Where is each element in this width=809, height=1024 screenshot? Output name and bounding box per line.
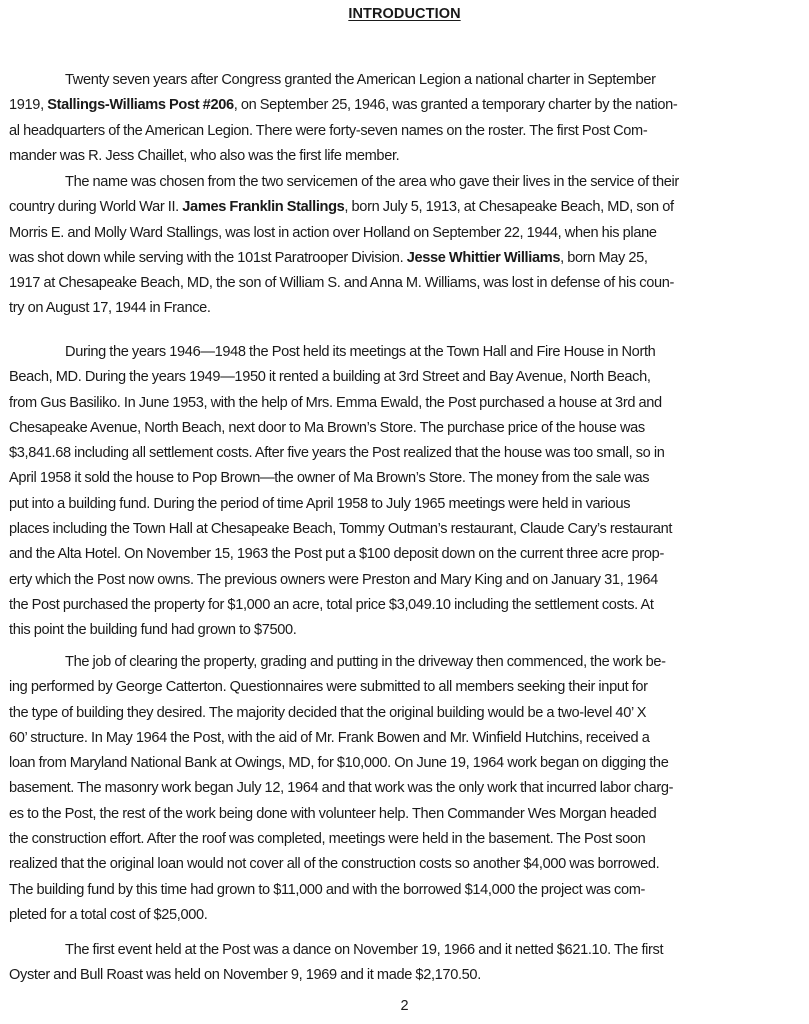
- paragraph-line: $3,841.68 including all settlement costs…: [9, 441, 799, 466]
- paragraph-first-events: The first event held at the Post was a d…: [9, 938, 799, 989]
- page-number: 2: [0, 998, 809, 1014]
- paragraph-line: erty which the Post now owns. The previo…: [9, 568, 799, 593]
- paragraph-line: 1917 at Chesapeake Beach, MD, the son of…: [9, 271, 799, 296]
- paragraph-line: The building fund by this time had grown…: [9, 878, 799, 903]
- paragraph-line: loan from Maryland National Bank at Owin…: [9, 751, 799, 776]
- paragraph-line: places including the Town Hall at Chesap…: [9, 517, 799, 542]
- document-page: INTRODUCTION Twenty seven years after Co…: [0, 0, 809, 1024]
- serviceman-name-bold: Jesse Whittier Williams: [407, 250, 560, 266]
- paragraph-charter: Twenty seven years after Congress grante…: [9, 68, 799, 169]
- paragraph-line: put into a building fund. During the per…: [9, 492, 799, 517]
- paragraph-line: Twenty seven years after Congress grante…: [9, 68, 799, 93]
- paragraph-construction: The job of clearing the property, gradin…: [9, 650, 799, 928]
- paragraph-line: realized that the original loan would no…: [9, 852, 799, 877]
- paragraph-line: The job of clearing the property, gradin…: [9, 650, 799, 675]
- paragraph-line: During the years 1946—1948 the Post held…: [9, 340, 799, 365]
- paragraph-line: es to the Post, the rest of the work bei…: [9, 802, 799, 827]
- paragraph-line: Beach, MD. During the years 1949—1950 it…: [9, 365, 799, 390]
- paragraph-line: Morris E. and Molly Ward Stallings, was …: [9, 221, 799, 246]
- paragraph-line: mander was R. Jess Chaillet, who also wa…: [9, 144, 799, 169]
- paragraph-line: was shot down while serving with the 101…: [9, 246, 799, 271]
- paragraph-line: Chesapeake Avenue, North Beach, next doo…: [9, 416, 799, 441]
- paragraph-line: Oyster and Bull Roast was held on Novemb…: [9, 963, 799, 988]
- paragraph-line: the type of building they desired. The m…: [9, 701, 799, 726]
- paragraph-line: country during World War II. James Frank…: [9, 195, 799, 220]
- paragraph-line: the Post purchased the property for $1,0…: [9, 593, 799, 618]
- page-title: INTRODUCTION: [0, 6, 809, 22]
- paragraph-line: The name was chosen from the two service…: [9, 170, 799, 195]
- paragraph-meeting-places: During the years 1946—1948 the Post held…: [9, 340, 799, 644]
- post-name-bold: Stallings-Williams Post #206: [47, 97, 234, 113]
- paragraph-line: the construction effort. After the roof …: [9, 827, 799, 852]
- serviceman-name-bold: James Franklin Stallings: [182, 199, 344, 215]
- paragraph-line: basement. The masonry work began July 12…: [9, 776, 799, 801]
- paragraph-line: 1919, Stallings-Williams Post #206, on S…: [9, 93, 799, 118]
- paragraph-line: from Gus Basiliko. In June 1953, with th…: [9, 391, 799, 416]
- paragraph-line: pleted for a total cost of $25,000.: [9, 903, 799, 928]
- paragraph-name-origin: The name was chosen from the two service…: [9, 170, 799, 322]
- paragraph-line: this point the building fund had grown t…: [9, 618, 799, 643]
- paragraph-line: ing performed by George Catterton. Quest…: [9, 675, 799, 700]
- paragraph-line: al headquarters of the American Legion. …: [9, 119, 799, 144]
- paragraph-line: and the Alta Hotel. On November 15, 1963…: [9, 542, 799, 567]
- paragraph-line: The first event held at the Post was a d…: [9, 938, 799, 963]
- paragraph-line: April 1958 it sold the house to Pop Brow…: [9, 466, 799, 491]
- paragraph-line: try on August 17, 1944 in France.: [9, 296, 799, 321]
- paragraph-line: 60’ structure. In May 1964 the Post, wit…: [9, 726, 799, 751]
